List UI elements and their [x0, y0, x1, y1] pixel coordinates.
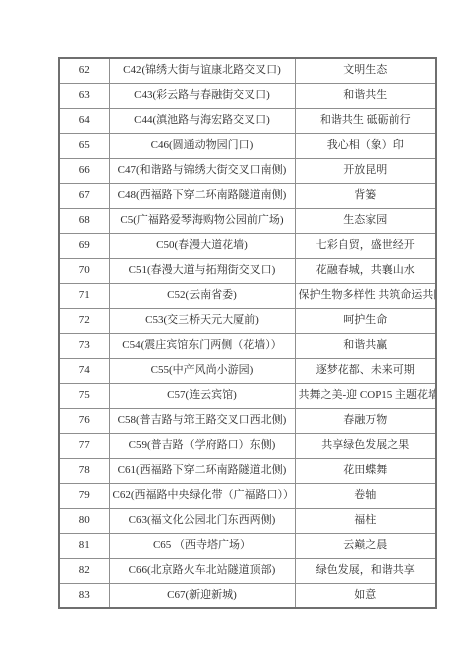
- table-row: 82C66(北京路火车北站隧道顶部)绿色发展，和谐共享: [59, 558, 436, 583]
- cell-index: 76: [59, 408, 109, 433]
- cell-location: C51(春漫大道与拓翔街交叉口): [109, 258, 295, 283]
- cell-location: C61(西福路下穿二环南路隧道北侧): [109, 458, 295, 483]
- cell-location: C42(锦绣大街与谊康北路交叉口): [109, 58, 295, 83]
- cell-index: 81: [59, 533, 109, 558]
- cell-index: 80: [59, 508, 109, 533]
- cell-theme: 如意: [295, 583, 436, 608]
- cell-location: C53(交三桥天元大厦前): [109, 308, 295, 333]
- table-row: 76C58(普吉路与筇王路交叉口西北侧)春融万物: [59, 408, 436, 433]
- cell-location: C52(云南省委): [109, 283, 295, 308]
- cell-theme: 我心相（象）印: [295, 133, 436, 158]
- cell-location: C63(福文化公园北门东西两侧): [109, 508, 295, 533]
- cell-location: C50(春漫大道花墙): [109, 233, 295, 258]
- cell-location: C57(连云宾馆): [109, 383, 295, 408]
- cell-theme: 开放昆明: [295, 158, 436, 183]
- cell-theme: 春融万物: [295, 408, 436, 433]
- cell-index: 71: [59, 283, 109, 308]
- cell-theme: 共舞之美-迎 COP15 主题花墙: [295, 383, 436, 408]
- cell-index: 68: [59, 208, 109, 233]
- cell-index: 65: [59, 133, 109, 158]
- table-row: 65C46(圆通动物园门口)我心相（象）印: [59, 133, 436, 158]
- table-row: 72C53(交三桥天元大厦前)呵护生命: [59, 308, 436, 333]
- cell-index: 74: [59, 358, 109, 383]
- table-row: 71C52(云南省委)保护生物多样性 共筑命运共同体: [59, 283, 436, 308]
- cell-index: 77: [59, 433, 109, 458]
- cell-location: C58(普吉路与筇王路交叉口西北侧): [109, 408, 295, 433]
- cell-index: 69: [59, 233, 109, 258]
- cell-index: 70: [59, 258, 109, 283]
- flower-wall-table: 62C42(锦绣大街与谊康北路交叉口)文明生态63C43(彩云路与春融街交叉口)…: [58, 57, 437, 609]
- table-row: 78C61(西福路下穿二环南路隧道北侧)花田蝶舞: [59, 458, 436, 483]
- cell-location: C66(北京路火车北站隧道顶部): [109, 558, 295, 583]
- cell-location: C67(新迎新城): [109, 583, 295, 608]
- cell-theme: 逐梦花都、未来可期: [295, 358, 436, 383]
- table-body: 62C42(锦绣大街与谊康北路交叉口)文明生态63C43(彩云路与春融街交叉口)…: [59, 58, 436, 608]
- table-row: 81C65 （西寺塔广场）云巅之晨: [59, 533, 436, 558]
- table-row: 73C54(震庄宾馆东门两侧（花墙））和谐共赢: [59, 333, 436, 358]
- cell-theme: 福柱: [295, 508, 436, 533]
- table-row: 67C48(西福路下穿二环南路隧道南侧)背篓: [59, 183, 436, 208]
- cell-location: C62(西福路中央绿化带（广福路口））: [109, 483, 295, 508]
- cell-index: 64: [59, 108, 109, 133]
- table-row: 77C59(普吉路（学府路口）东侧)共享绿色发展之果: [59, 433, 436, 458]
- cell-theme: 保护生物多样性 共筑命运共同体: [295, 283, 436, 308]
- cell-theme: 生态家园: [295, 208, 436, 233]
- cell-location: C59(普吉路（学府路口）东侧): [109, 433, 295, 458]
- cell-index: 78: [59, 458, 109, 483]
- cell-index: 73: [59, 333, 109, 358]
- table-row: 63C43(彩云路与春融街交叉口)和谐共生: [59, 83, 436, 108]
- cell-location: C65 （西寺塔广场）: [109, 533, 295, 558]
- cell-theme: 文明生态: [295, 58, 436, 83]
- table-row: 69C50(春漫大道花墙)七彩自贸，盛世经开: [59, 233, 436, 258]
- cell-location: C48(西福路下穿二环南路隧道南侧): [109, 183, 295, 208]
- table-row: 75C57(连云宾馆)共舞之美-迎 COP15 主题花墙: [59, 383, 436, 408]
- cell-theme: 背篓: [295, 183, 436, 208]
- table-row: 70C51(春漫大道与拓翔街交叉口)花融春城，共襄山水: [59, 258, 436, 283]
- cell-theme: 共享绿色发展之果: [295, 433, 436, 458]
- cell-index: 83: [59, 583, 109, 608]
- cell-location: C55(中产风尚小游园): [109, 358, 295, 383]
- cell-theme: 和谐共生 砥砺前行: [295, 108, 436, 133]
- cell-location: C5(广福路爱琴海购物公园前广场): [109, 208, 295, 233]
- cell-index: 62: [59, 58, 109, 83]
- cell-theme: 呵护生命: [295, 308, 436, 333]
- cell-theme: 绿色发展，和谐共享: [295, 558, 436, 583]
- cell-location: C44(滇池路与海宏路交叉口): [109, 108, 295, 133]
- cell-theme: 七彩自贸，盛世经开: [295, 233, 436, 258]
- cell-index: 72: [59, 308, 109, 333]
- cell-theme: 云巅之晨: [295, 533, 436, 558]
- cell-index: 66: [59, 158, 109, 183]
- table-row: 79C62(西福路中央绿化带（广福路口））卷轴: [59, 483, 436, 508]
- cell-index: 63: [59, 83, 109, 108]
- table-row: 74C55(中产风尚小游园)逐梦花都、未来可期: [59, 358, 436, 383]
- table-row: 62C42(锦绣大街与谊康北路交叉口)文明生态: [59, 58, 436, 83]
- cell-theme: 卷轴: [295, 483, 436, 508]
- table-row: 80C63(福文化公园北门东西两侧)福柱: [59, 508, 436, 533]
- table-row: 66C47(和谐路与锦绣大街交叉口南侧)开放昆明: [59, 158, 436, 183]
- cell-location: C47(和谐路与锦绣大街交叉口南侧): [109, 158, 295, 183]
- cell-index: 75: [59, 383, 109, 408]
- cell-theme: 和谐共赢: [295, 333, 436, 358]
- cell-theme: 花融春城，共襄山水: [295, 258, 436, 283]
- cell-location: C46(圆通动物园门口): [109, 133, 295, 158]
- document-page: 62C42(锦绣大街与谊康北路交叉口)文明生态63C43(彩云路与春融街交叉口)…: [0, 0, 474, 670]
- cell-index: 82: [59, 558, 109, 583]
- cell-theme: 花田蝶舞: [295, 458, 436, 483]
- cell-location: C43(彩云路与春融街交叉口): [109, 83, 295, 108]
- cell-index: 79: [59, 483, 109, 508]
- cell-theme: 和谐共生: [295, 83, 436, 108]
- cell-index: 67: [59, 183, 109, 208]
- table-row: 83C67(新迎新城)如意: [59, 583, 436, 608]
- cell-location: C54(震庄宾馆东门两侧（花墙））: [109, 333, 295, 358]
- table-row: 64C44(滇池路与海宏路交叉口)和谐共生 砥砺前行: [59, 108, 436, 133]
- table-row: 68C5(广福路爱琴海购物公园前广场)生态家园: [59, 208, 436, 233]
